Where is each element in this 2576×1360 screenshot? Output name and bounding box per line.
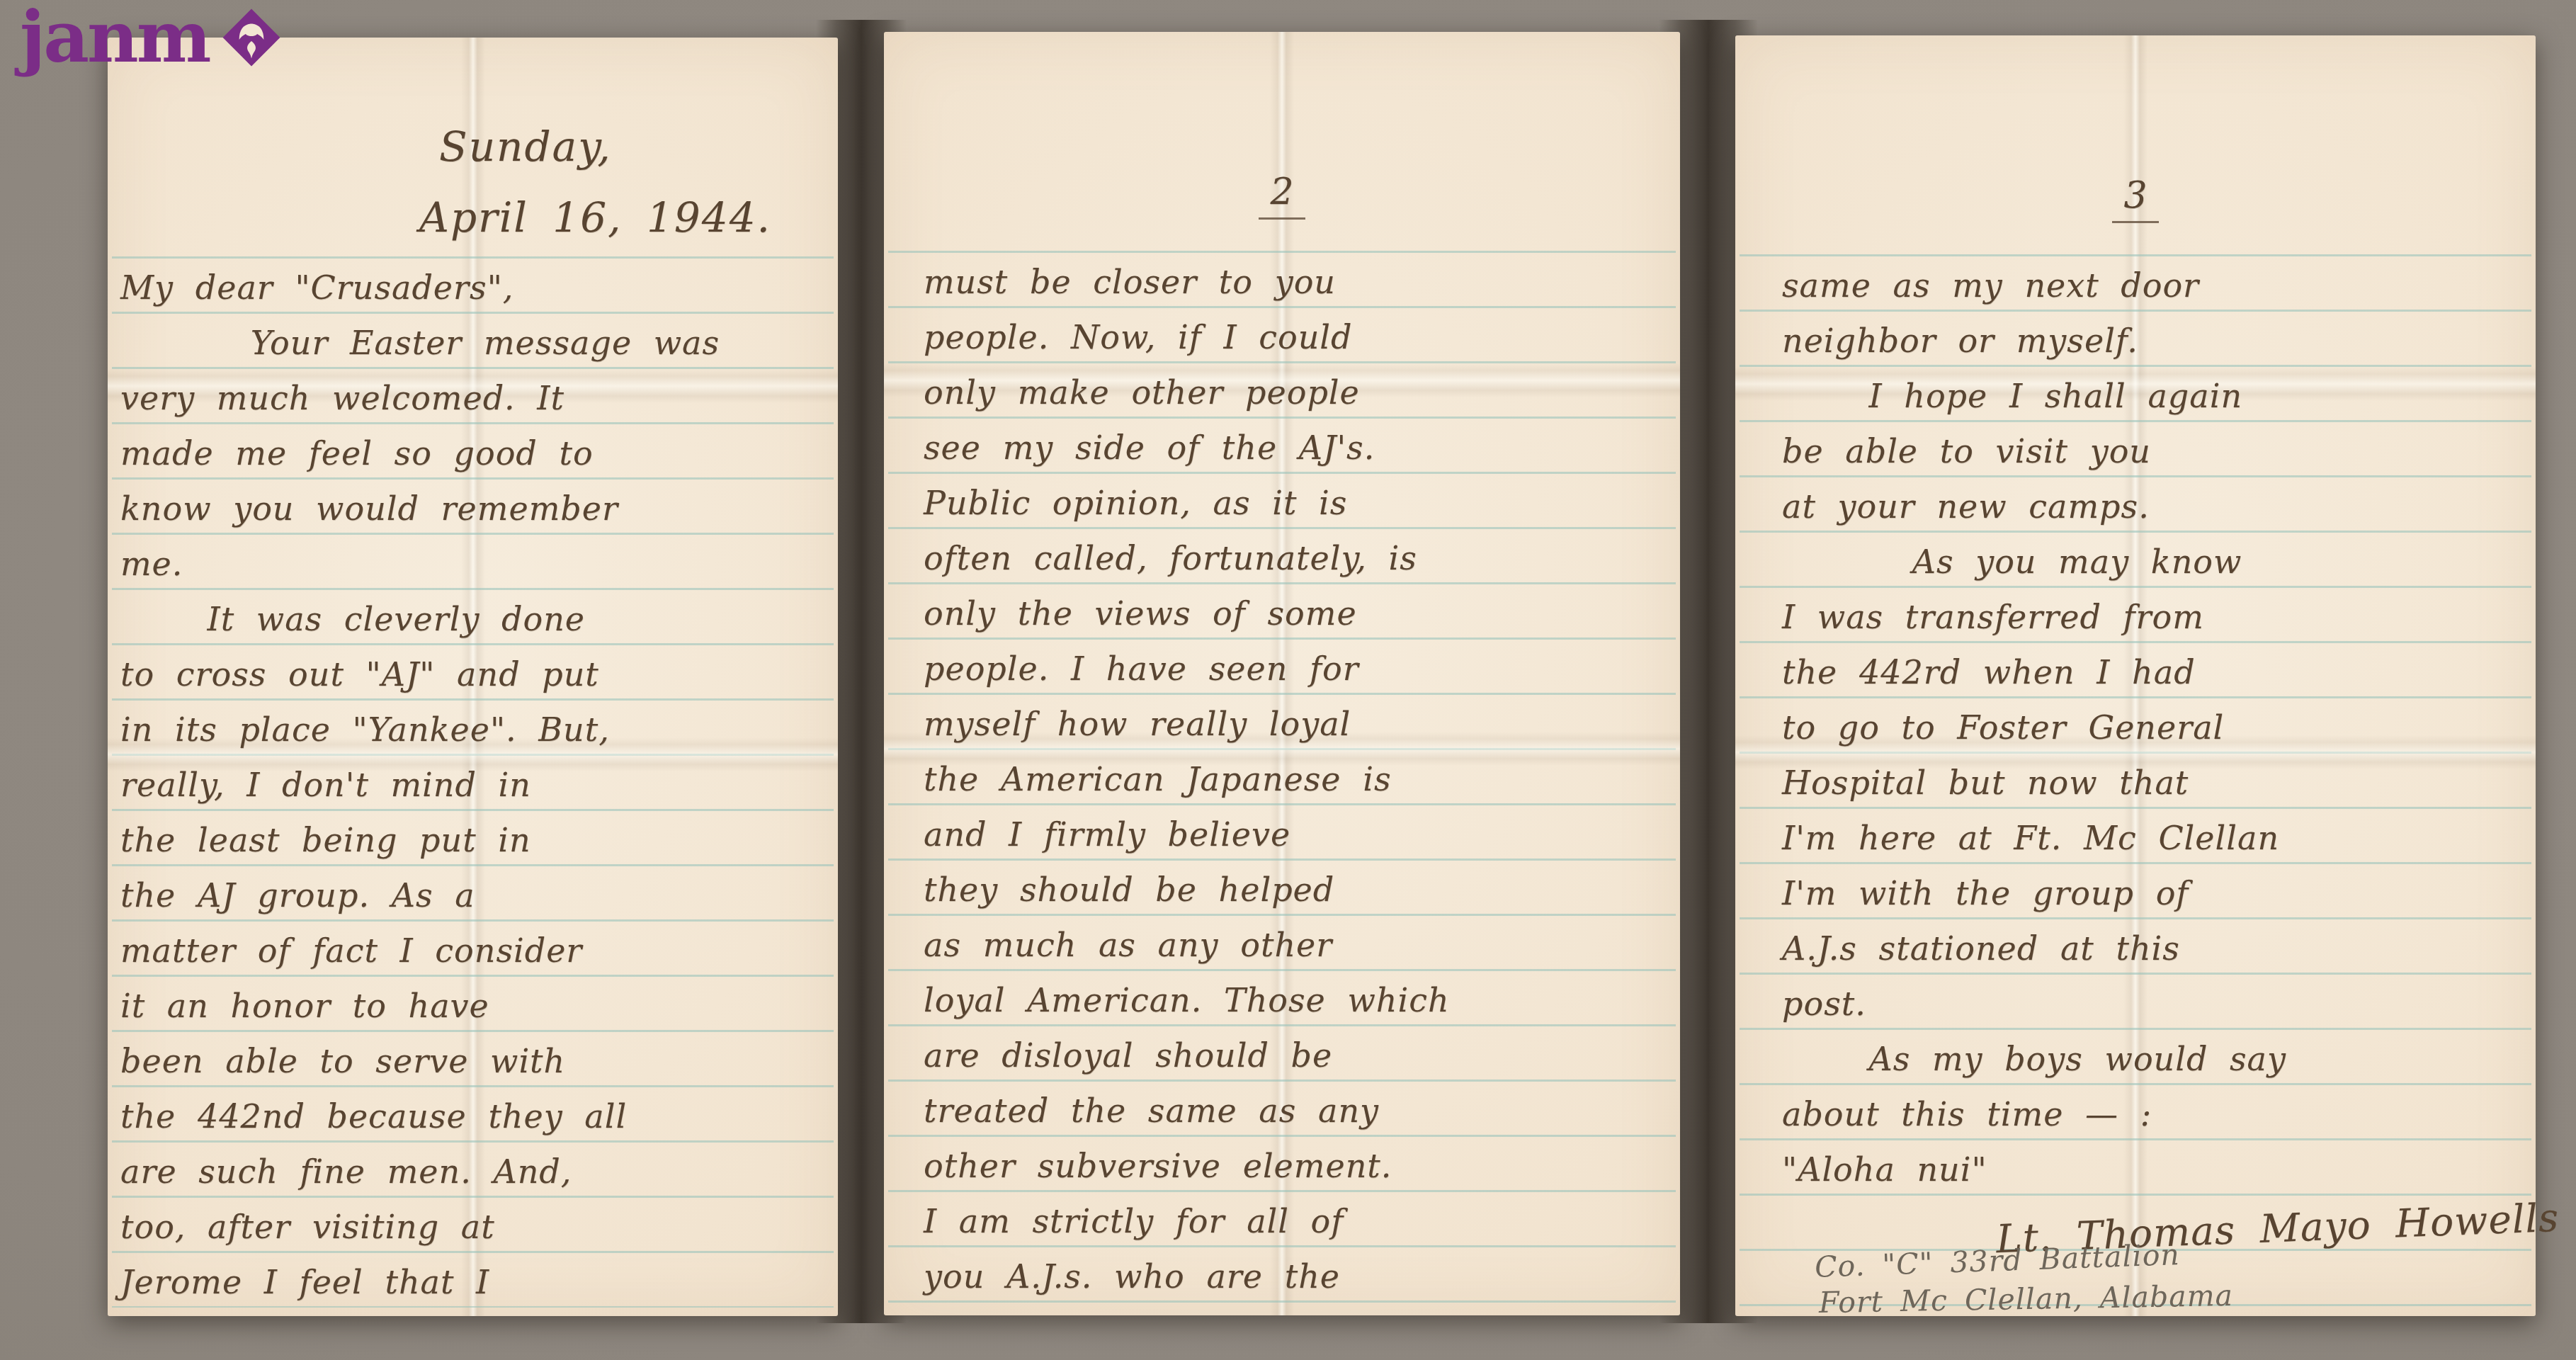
scan-background: janm Sunday, April 16, 1944. My dear "Cr…: [0, 0, 2576, 1360]
handwritten-line: very much welcomed. It: [120, 369, 828, 424]
handwritten-line: at your new camps.: [1782, 477, 2526, 533]
handwritten-line: post.: [1782, 975, 2526, 1030]
janm-logo: janm: [20, 4, 288, 74]
handwritten-line: the 442nd because they all: [120, 1087, 828, 1143]
footer-line: Co. "C" 33rd Battalion: [1814, 1237, 2180, 1284]
handwritten-line: A.J.s stationed at this: [1782, 919, 2526, 975]
handwritten-line: It was cleverly done: [120, 590, 828, 645]
handwritten-line: same as my next door: [1782, 256, 2526, 312]
handwritten-line: about this time — :: [1782, 1085, 2526, 1140]
janm-logo-text: janm: [20, 4, 210, 69]
janm-crest-icon: [215, 1, 288, 74]
date-line: April 16, 1944.: [419, 182, 838, 253]
page-number: 3: [1735, 174, 2536, 217]
handwritten-line: really, I don't mind in: [120, 756, 828, 811]
letter-page-1: Sunday, April 16, 1944. My dear "Crusade…: [108, 38, 838, 1316]
handwritten-line: My dear "Crusaders",: [120, 259, 828, 314]
page-number-label: 2: [1259, 171, 1305, 220]
handwritten-line: only the views of some: [924, 584, 1670, 640]
handwritten-line: myself how really loyal: [924, 695, 1670, 750]
handwritten-line: you A.J.s. who are the: [924, 1247, 1670, 1303]
handwritten-line: people. I have seen for: [924, 640, 1670, 695]
handwritten-line: people. Now, if I could: [924, 308, 1670, 363]
handwritten-line: As you may know: [1782, 533, 2526, 588]
footer-line: Fort Mc Clellan, Alabama: [1819, 1279, 2234, 1320]
letter-body: My dear "Crusaders", Your Easter message…: [120, 259, 828, 1308]
handwritten-line: other subversive element.: [924, 1137, 1670, 1192]
handwritten-line: "Aloha nui": [1782, 1140, 2526, 1196]
handwritten-line: the 442rd when I had: [1782, 643, 2526, 698]
letter-date: Sunday, April 16, 1944.: [108, 111, 838, 253]
handwritten-line: too, after visiting at: [120, 1198, 828, 1253]
letter-body: same as my next doorneighbor or myself. …: [1782, 256, 2526, 1196]
page-number: 2: [884, 171, 1680, 213]
handwritten-line: and I firmly believe: [924, 805, 1670, 861]
handwritten-line: Jerome I feel that I: [120, 1253, 828, 1308]
handwritten-line: been able to serve with: [120, 1032, 828, 1087]
date-line: Sunday,: [439, 111, 838, 182]
handwritten-line: they should be helped: [924, 861, 1670, 916]
handwritten-line: I was transferred from: [1782, 588, 2526, 643]
handwritten-line: often called, fortunately, is: [924, 529, 1670, 584]
handwritten-line: Hospital but now that: [1782, 754, 2526, 809]
handwritten-line: I am strictly for all of: [924, 1192, 1670, 1247]
handwritten-line: loyal American. Those which: [924, 971, 1670, 1026]
handwritten-line: to cross out "AJ" and put: [120, 645, 828, 701]
handwritten-line: I'm with the group of: [1782, 864, 2526, 919]
handwritten-line: it an honor to have: [120, 977, 828, 1032]
handwritten-line: in its place "Yankee". But,: [120, 701, 828, 756]
handwritten-line: see my side of the AJ's.: [924, 419, 1670, 474]
letter-body: must be closer to youpeople. Now, if I c…: [924, 253, 1670, 1303]
handwritten-line: neighbor or myself.: [1782, 312, 2526, 367]
handwritten-line: as much as any other: [924, 916, 1670, 971]
letter-page-2: 2 must be closer to youpeople. Now, if I…: [884, 32, 1680, 1315]
handwritten-line: the American Japanese is: [924, 750, 1670, 805]
handwritten-line: only make other people: [924, 363, 1670, 419]
handwritten-line: are disloyal should be: [924, 1026, 1670, 1082]
handwritten-line: know you would remember: [120, 480, 828, 535]
handwritten-line: me.: [120, 535, 828, 590]
handwritten-line: the least being put in: [120, 811, 828, 866]
handwritten-line: I hope I shall again: [1782, 367, 2526, 422]
handwritten-line: matter of fact I consider: [120, 922, 828, 977]
handwritten-line: must be closer to you: [924, 253, 1670, 308]
handwritten-line: the AJ group. As a: [120, 866, 828, 922]
letter-page-3: 3 same as my next doorneighbor or myself…: [1735, 35, 2536, 1316]
handwritten-line: I'm here at Ft. Mc Clellan: [1782, 809, 2526, 864]
page-number-label: 3: [2112, 174, 2158, 223]
handwritten-line: Your Easter message was: [120, 314, 828, 369]
handwritten-line: As my boys would say: [1782, 1030, 2526, 1085]
handwritten-line: Public opinion, as it is: [924, 474, 1670, 529]
handwritten-line: are such fine men. And,: [120, 1143, 828, 1198]
handwritten-line: to go to Foster General: [1782, 698, 2526, 754]
handwritten-line: be able to visit you: [1782, 422, 2526, 477]
handwritten-line: treated the same as any: [924, 1082, 1670, 1137]
handwritten-line: made me feel so good to: [120, 424, 828, 480]
